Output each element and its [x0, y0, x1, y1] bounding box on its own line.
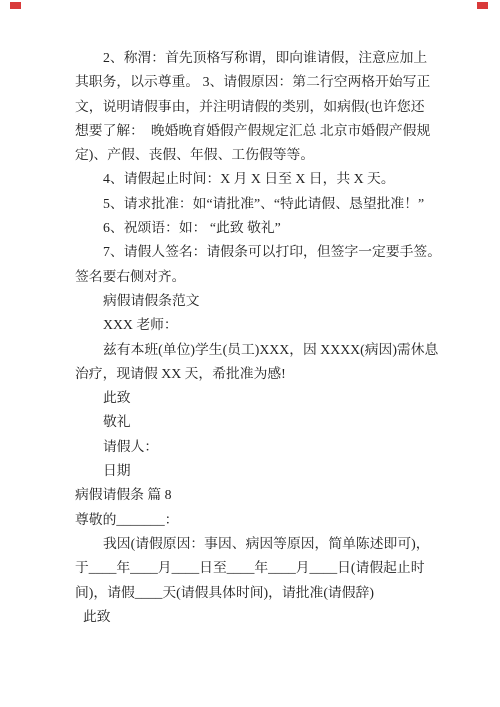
text-line: 想要了解： 晚婚晚育婚假产假规定汇总 北京市婚假产假规: [75, 119, 447, 143]
text-line: 6、祝颂语：如： “此致 敬礼”: [75, 216, 447, 240]
section-title: 病假请假条 篇 8: [75, 483, 447, 507]
text-line: 定)、产假、丧假、年假、工伤假等等。: [75, 143, 447, 167]
text-line: 治疗，现请假 XX 天，希批准为感!: [75, 362, 447, 386]
text-line: 间)，请假____天(请假具体时间)，请批准(请假辞): [75, 581, 447, 605]
text-line: 兹有本班(单位)学生(员工)XXX，因 XXXX(病因)需休息: [75, 338, 447, 362]
text-line: 我因(请假原因：事因、病因等原因，简单陈述即可)，: [75, 532, 447, 556]
document-page: 2、称渭：首先顶格写称谓，即向谁请假，注意应加上 其职务，以示尊重。 3、请假原…: [0, 0, 500, 707]
text-line: 2、称渭：首先顶格写称谓，即向谁请假，注意应加上: [75, 46, 447, 70]
text-line: 签名要右侧对齐。: [75, 265, 447, 289]
text-line: 其职务，以示尊重。 3、请假原因：第二行空两格开始写正: [75, 70, 447, 94]
red-corner-mark-left: [10, 2, 21, 9]
text-line: 此致: [75, 605, 447, 629]
text-line: 尊敬的_______：: [75, 508, 447, 532]
text-line: 日期: [75, 459, 447, 483]
red-corner-mark-right: [477, 2, 488, 9]
section-title: 病假请假条范文: [75, 289, 447, 313]
text-line: 此致: [75, 386, 447, 410]
text-line: 5、请求批准：如“请批准”、“特此请假、恳望批准！”: [75, 192, 447, 216]
text-line: 4、请假起止时间：X 月 X 日至 X 日，共 X 天。: [75, 167, 447, 191]
document-body: 2、称渭：首先顶格写称谓，即向谁请假，注意应加上 其职务，以示尊重。 3、请假原…: [75, 46, 447, 629]
text-line: 敬礼: [75, 410, 447, 434]
text-line: 于____年____月____日至____年____月____日(请假起止时: [75, 556, 447, 580]
text-line: 请假人：: [75, 435, 447, 459]
text-line: XXX 老师：: [75, 313, 447, 337]
text-line: 7、请假人签名：请假条可以打印，但签字一定要手签。: [75, 240, 447, 264]
text-line: 文，说明请假事由，并注明请假的类别，如病假(也许您还: [75, 95, 447, 119]
